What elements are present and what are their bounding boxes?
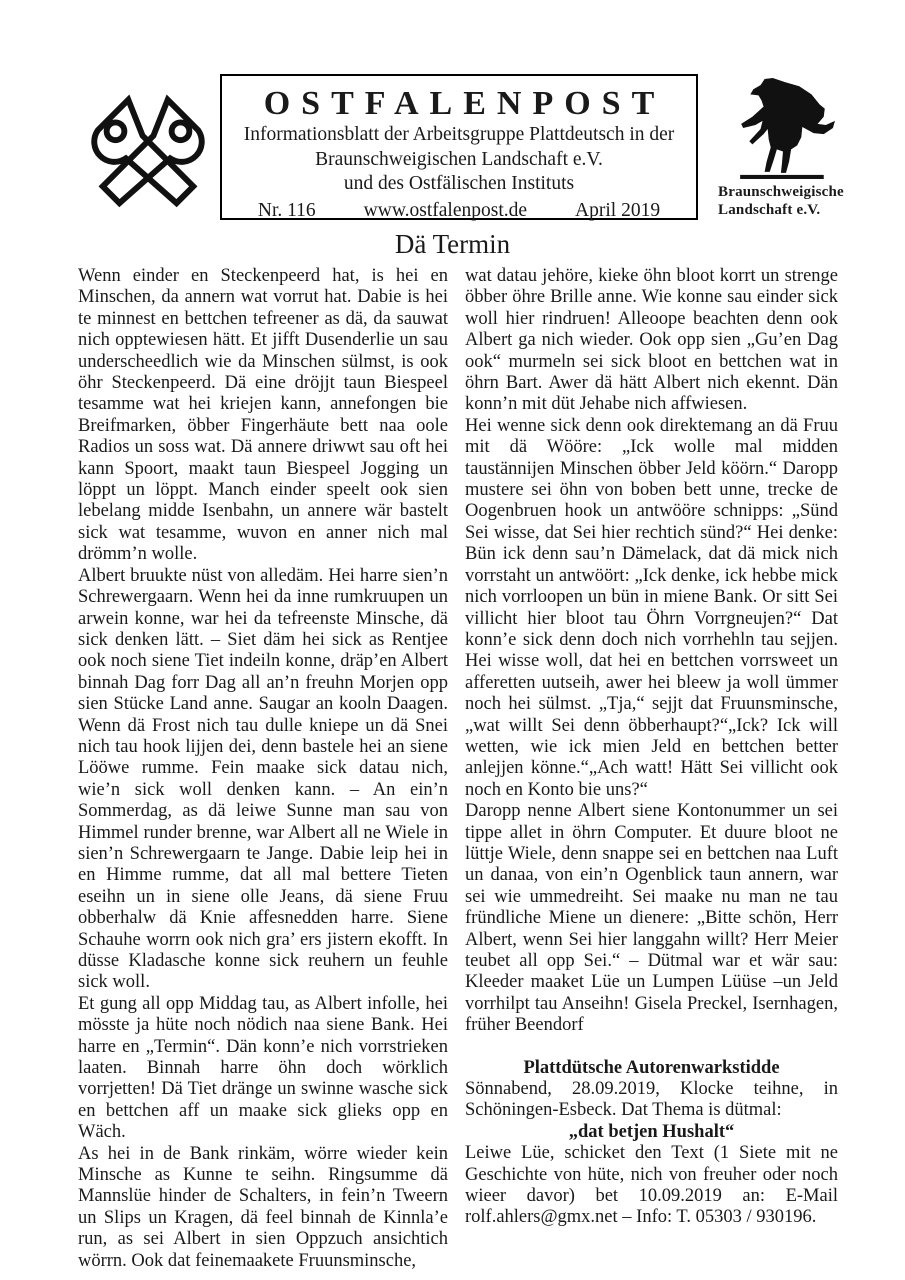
event-intro: Sönnabend, 28.09.2019, Klocke teihne, in… bbox=[465, 1079, 838, 1122]
masthead-subtitle-2: Braunschweigischen Landschaft e.V. bbox=[222, 148, 696, 173]
right-logo-caption-line-2: Landschaft e.V. bbox=[718, 201, 858, 219]
braunschweigische-landschaft-logo: Braunschweigische Landschaft e.V. bbox=[712, 76, 858, 219]
body-paragraph: Hei wenne sick denn ook direktemang an d… bbox=[465, 416, 838, 801]
article-title: Dä Termin bbox=[0, 228, 905, 260]
masthead-subtitle-3: und des Ostfälischen Instituts bbox=[222, 172, 696, 197]
body-paragraph: wat datau jehöre, kieke öhn bloot korrt … bbox=[465, 266, 838, 416]
event-heading: Plattdütsche Autorenwarkstidde bbox=[465, 1058, 838, 1079]
body-paragraph: Daropp nenne Albert siene Kontonummer un… bbox=[465, 801, 838, 1036]
masthead-box: OSTFALENPOST Informationsblatt der Arbei… bbox=[220, 74, 698, 220]
issue-number: Nr. 116 bbox=[258, 198, 316, 223]
crossed-gable-horse-heads-icon bbox=[84, 86, 212, 210]
right-logo-caption-line-1: Braunschweigische bbox=[718, 183, 858, 201]
masthead-subtitle-1: Informationsblatt der Arbeitsgruppe Plat… bbox=[222, 123, 696, 148]
website-url: www.ostfalenpost.de bbox=[364, 198, 527, 223]
two-column-text: Wenn einder en Steckenpeerd hat, is hei … bbox=[0, 266, 905, 1272]
body-paragraph: Et gung all opp Middag tau, as Albert in… bbox=[78, 994, 448, 1144]
event-theme: „dat betjen Hushalt“ bbox=[465, 1122, 838, 1143]
right-logo-caption: Braunschweigische Landschaft e.V. bbox=[712, 183, 858, 219]
newsletter-title: OSTFALENPOST bbox=[222, 85, 696, 123]
body-paragraph: Albert bruukte nüst von alledäm. Hei har… bbox=[78, 566, 448, 994]
masthead-meta-row: Nr. 116 www.ostfalenpost.de April 2019 bbox=[222, 198, 696, 223]
body-paragraph: As hei in de Bank rinkäm, wörre wieder k… bbox=[78, 1144, 448, 1272]
event-details: Leiwe Lüe, schicket den Text (1 Siete mi… bbox=[465, 1143, 838, 1229]
newsletter-page: OSTFALENPOST Informationsblatt der Arbei… bbox=[0, 0, 905, 1280]
issue-date: April 2019 bbox=[575, 198, 660, 223]
rearing-horse-icon bbox=[729, 76, 841, 180]
right-column: wat datau jehöre, kieke öhn bloot korrt … bbox=[465, 266, 838, 1272]
body-paragraph: Wenn einder en Steckenpeerd hat, is hei … bbox=[78, 266, 448, 566]
left-column: Wenn einder en Steckenpeerd hat, is hei … bbox=[78, 266, 448, 1272]
